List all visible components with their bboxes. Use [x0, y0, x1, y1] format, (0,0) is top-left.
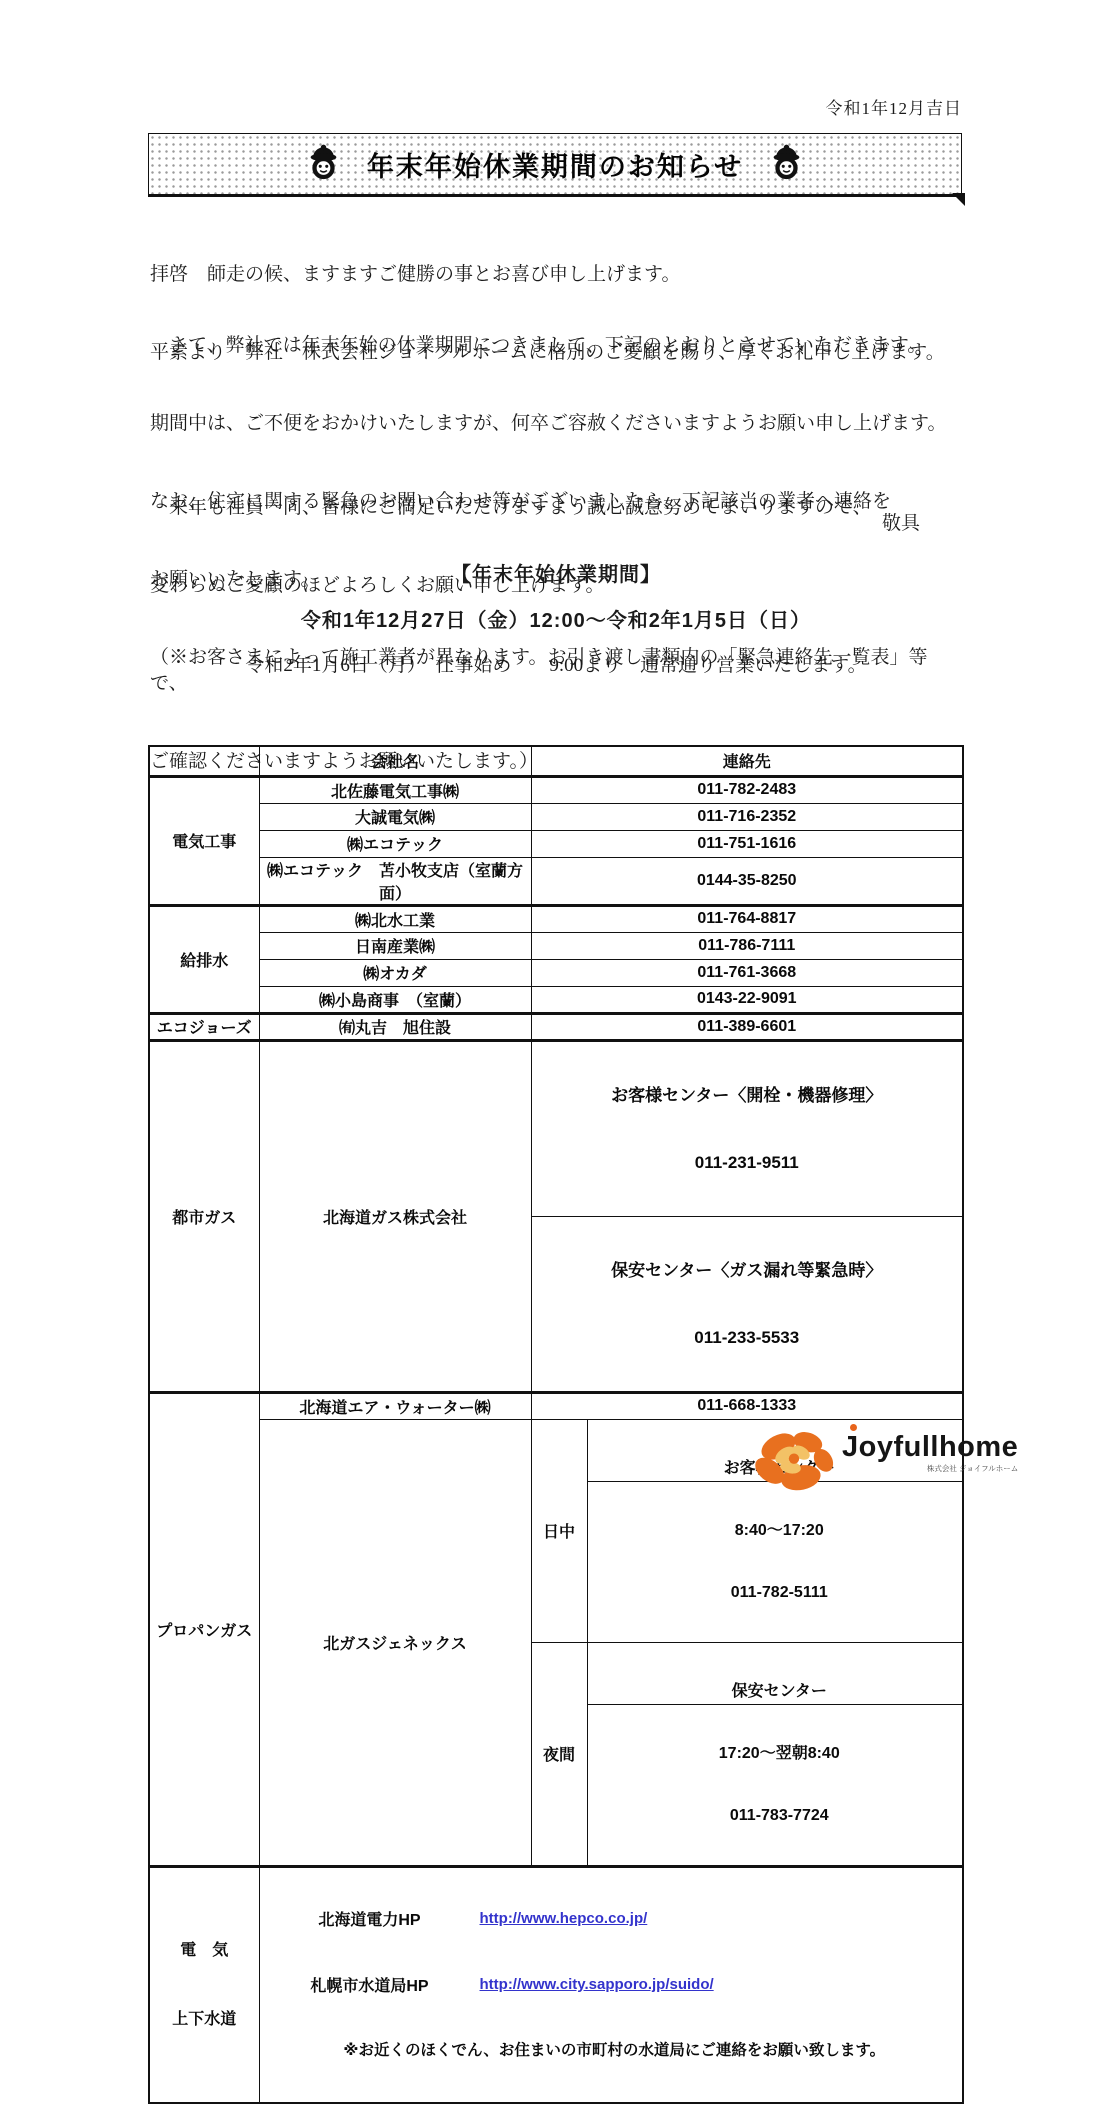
- category-toshi-gas: 都市ガス: [149, 1040, 259, 1392]
- company-cell: ㈲丸吉 旭住設: [259, 1013, 531, 1040]
- company-cell: 北ガスジェネックス: [259, 1419, 531, 1866]
- brand-subtitle: 株式会社 ジョイフルホーム: [842, 1463, 1018, 1474]
- company-cell: ㈱エコテック 苫小牧支店（室蘭方面）: [259, 857, 531, 905]
- phone-cell: 011-783-7724: [588, 1803, 963, 1829]
- brand-dot-icon: [850, 1424, 857, 1431]
- phone-cell: 011-668-1333: [531, 1392, 963, 1419]
- time-label-night: 夜間: [531, 1642, 587, 1866]
- phone-cell: 011-233-5533: [532, 1324, 963, 1351]
- utilities-note: ※お近くのほくでん、お住まいの市町村の水道局にご連絡をお願い致します。: [260, 2036, 963, 2066]
- company-logo: Joyfullhome 株式会社 ジョイフルホーム: [748, 1424, 1018, 1507]
- letter-line: さて、弊社では年末年始の休業期間につきまして、下記のとおりとさせていただきます。: [150, 333, 962, 359]
- business-resume-line: 令和2年1月6日（月） 仕事始め 9:00より 通常通り営業いたします。: [150, 650, 962, 677]
- category-kyuhaisui: 給排水: [149, 905, 259, 1013]
- company-cell: ㈱オカダ: [259, 959, 531, 986]
- category-line: 電 気: [150, 1934, 259, 1967]
- utility-name: 北海道電力HP: [260, 1907, 480, 1930]
- phone-cell: 011-782-2483: [531, 776, 963, 803]
- letter-line: 期間中は、ご不便をおかけいたしますが、何卒ご容赦くださいますようお願い申し上げま…: [150, 411, 962, 437]
- phone-cell: 011-751-1616: [531, 830, 963, 857]
- snowman-icon: [308, 144, 339, 185]
- time-label-day: 日中: [531, 1419, 587, 1642]
- title-banner: 年末年始休業期間のお知らせ: [148, 133, 962, 197]
- company-cell: 日南産業㈱: [259, 932, 531, 959]
- flower-logo-icon: [748, 1424, 840, 1507]
- brand-name: Joyfullhome: [842, 1432, 1018, 1462]
- holiday-period: 令和1年12月27日（金）12:00～令和2年1月5日（日）: [150, 604, 962, 633]
- phone-cell: 0144-35-8250: [531, 857, 963, 905]
- category-utilities: 電 気 上下水道: [149, 1866, 259, 2103]
- phone-cell: 011-782-5111: [588, 1580, 963, 1606]
- phone-cell: 0143-22-9091: [531, 986, 963, 1013]
- company-cell: 北海道ガス株式会社: [259, 1040, 531, 1392]
- night-contact-cell: 保安センター 17:20～翌朝8:40 011-783-7724: [587, 1642, 963, 1866]
- contact-label: お客様センター〈開栓・機器修理〉: [532, 1082, 963, 1109]
- letter-closing-keigu: 敬具: [150, 508, 962, 535]
- company-cell: 北佐藤電気工事㈱: [259, 776, 531, 803]
- company-cell: ㈱北水工業: [259, 905, 531, 932]
- banner-fold-corner: [952, 193, 965, 206]
- phone-cell: 011-764-8817: [531, 905, 963, 932]
- page-title: 年末年始休業期間のお知らせ: [367, 145, 743, 184]
- hepco-link[interactable]: http://www.hepco.co.jp/: [480, 1910, 648, 1927]
- phone-cell: 011-389-6601: [531, 1013, 963, 1040]
- utility-link-row: 北海道電力HP http://www.hepco.co.jp/: [260, 1904, 963, 1934]
- hours-text: 8:40～17:20: [588, 1518, 963, 1544]
- hours-text: 17:20～翌朝8:40: [588, 1741, 963, 1767]
- utility-link-row: 札幌市水道局HP http://www.city.sapporo.jp/suid…: [260, 1970, 963, 2000]
- header-category-cell: [149, 746, 259, 776]
- document-date: 令和1年12月吉日: [826, 94, 963, 119]
- company-cell: 北海道エア・ウォーター㈱: [259, 1392, 531, 1419]
- contact-label: 保安センター: [588, 1679, 963, 1705]
- category-propane: プロパンガス: [149, 1392, 259, 1866]
- phone-cell: 011-231-9511: [532, 1149, 963, 1176]
- sapporo-suido-link[interactable]: http://www.city.sapporo.jp/suido/: [480, 1976, 714, 1993]
- phone-cell: 011-716-2352: [531, 803, 963, 830]
- phone-cell: 011-786-7111: [531, 932, 963, 959]
- category-denki-koji: 電気工事: [149, 776, 259, 905]
- phone-cell: 011-761-3668: [531, 959, 963, 986]
- utilities-content-cell: 北海道電力HP http://www.hepco.co.jp/ 札幌市水道局HP…: [259, 1866, 963, 2103]
- company-cell: ㈱小島商事 （室蘭）: [259, 986, 531, 1013]
- gas-contact-cell: 保安センター〈ガス漏れ等緊急時〉 011-233-5533: [531, 1216, 963, 1392]
- header-contact: 連絡先: [531, 746, 963, 776]
- gas-contact-cell: お客様センター〈開栓・機器修理〉 011-231-9511: [531, 1040, 963, 1216]
- category-ecojoes: エコジョーズ: [149, 1013, 259, 1040]
- utility-name: 札幌市水道局HP: [260, 1973, 480, 1996]
- snowman-icon: [771, 144, 802, 185]
- company-cell: ㈱エコテック: [259, 830, 531, 857]
- contact-label: 保安センター〈ガス漏れ等緊急時〉: [532, 1257, 963, 1284]
- company-cell: 大誠電気㈱: [259, 803, 531, 830]
- header-company: 会社名: [259, 746, 531, 776]
- holiday-section-heading: 【年末年始休業期間】: [150, 558, 962, 587]
- category-line: 上下水道: [150, 2003, 259, 2036]
